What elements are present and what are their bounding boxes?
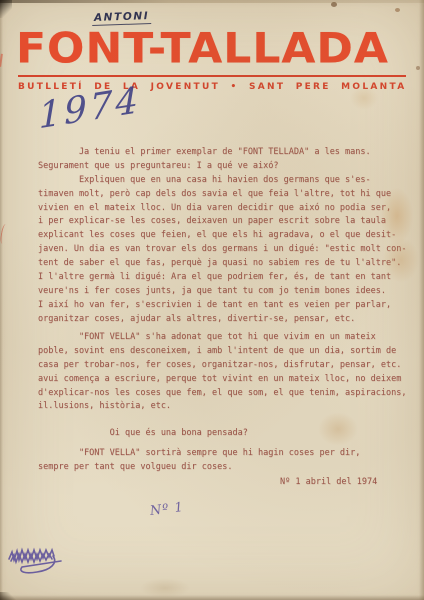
- scan-edge-shadow: [0, 595, 424, 600]
- typewritten-line: I així ho van fer, s'escrivien i de tant…: [38, 299, 406, 313]
- signature-scribble-icon: [5, 538, 71, 584]
- paper-speck: [395, 8, 400, 12]
- typewritten-line: I l'altre germà li digué: Ara el que pod…: [38, 271, 406, 285]
- typewritten-line: explicant les coses que feien, el que el…: [38, 229, 406, 243]
- typewritten-line: sempre per tant que volgueu dir coses.: [38, 461, 360, 475]
- masthead-title: FONT-TALLADA: [16, 27, 410, 71]
- typewritten-line: Oi que és una bona pensada?: [38, 427, 248, 441]
- typewritten-line: poble, sovint ens desconeixem, i amb l'i…: [38, 345, 406, 359]
- scan-edge-shadow: [0, 0, 424, 3]
- typewritten-line: d'explicar-nos les coses que fem, el que…: [38, 387, 406, 401]
- scanned-bulletin-page: ANTONI FONT-TALLADA BUTLLETÍ DE LA JOVEN…: [0, 0, 424, 600]
- paper-stain: [318, 412, 358, 446]
- typewritten-line: Ja teniu el primer exemplar de "FONT TEL…: [38, 146, 406, 160]
- typewritten-line: "FONT VELLA" s'ha adonat que tot hi que …: [38, 331, 406, 345]
- typewritten-line: i per explicar-se les coses, deixaven un…: [38, 215, 406, 229]
- typewritten-line: casa per trobar-nos, fer coses, organitz…: [38, 359, 406, 373]
- typewritten-line: il.lusions, història, etc.: [38, 400, 406, 414]
- typewritten-line: avui comença a escriure, perque tot vivi…: [38, 373, 406, 387]
- ink-bleed-mark: [0, 224, 9, 245]
- typewritten-paragraph: "FONT VELLA" sortirà sempre que hi hagin…: [38, 447, 360, 475]
- issue-dateline: Nº 1 abril del 1974: [280, 477, 377, 487]
- typewritten-line: javen. Un dia es van trovar els dos germ…: [38, 243, 406, 257]
- typewritten-line: "FONT VELLA" sortirà sempre que hi hagin…: [38, 447, 360, 461]
- typewritten-paragraph: "FONT VELLA" s'ha adonat que tot hi que …: [38, 331, 406, 414]
- typewritten-paragraph: Oi que és una bona pensada?: [38, 427, 248, 441]
- masthead-rule: [18, 75, 406, 77]
- typewritten-line: organitzar coses, ajudar als altres, div…: [38, 313, 406, 327]
- typewritten-paragraph: Ja teniu el primer exemplar de "FONT TEL…: [38, 146, 406, 327]
- scan-edge-shadow: [0, 0, 3, 600]
- typewritten-line: veure'ns i fer coses junts, ja que tant …: [38, 285, 406, 299]
- paper-speck: [331, 2, 337, 7]
- scan-edge-shadow: [419, 0, 424, 600]
- typewritten-line: Segurament que us preguntareu: I a qué v…: [38, 160, 406, 174]
- typewritten-line: timaven molt, però cap dels dos savia el…: [38, 188, 406, 202]
- typewritten-line: Expliquen que en una casa hi havien dos …: [38, 174, 406, 188]
- typewritten-line: vivien en el mateix lloc. Un dia varen d…: [38, 202, 406, 216]
- handwritten-issue-number: Nº 1: [149, 500, 184, 519]
- paper-speck: [416, 66, 420, 70]
- ink-bleed-mark: [0, 54, 6, 68]
- scan-corner-shadow: [0, 592, 16, 600]
- paper-stain: [140, 578, 190, 598]
- scan-corner-shadow: [0, 0, 12, 18]
- typewritten-line: tent de saber el que fas, perquè ja quas…: [38, 257, 406, 271]
